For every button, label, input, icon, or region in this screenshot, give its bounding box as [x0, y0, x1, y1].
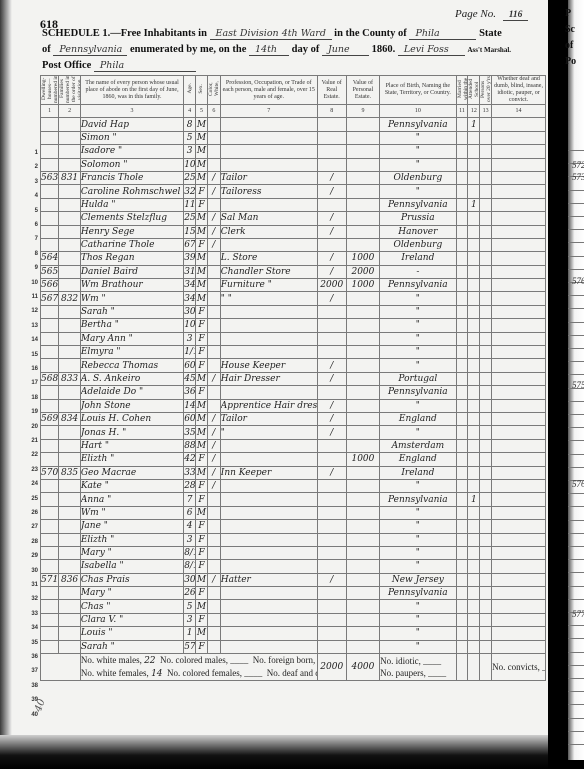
table-row: Isadore "3M" [41, 145, 546, 158]
table-row: Henry Sege15M/Clerk/Hanover [41, 225, 546, 238]
cell-name: Isabella " [80, 560, 183, 573]
adjacent-dwelling-number: 573 [572, 172, 584, 182]
cell-deaf [492, 386, 546, 399]
cell-birth: " [380, 506, 456, 519]
cell-sex: F [196, 346, 208, 359]
cell-dwelling [41, 506, 59, 519]
cell-occupation [220, 520, 317, 533]
cell-birth: " [380, 346, 456, 359]
cell-deaf [492, 118, 546, 131]
cell-school [468, 613, 480, 626]
cell-birth: Pennsylvania [380, 118, 456, 131]
cell-family [59, 560, 81, 573]
col-number-3: 3 [80, 105, 183, 118]
schedule-title: SCHEDULE 1.—Free Inhabitants in [42, 28, 207, 39]
cell-read [480, 372, 492, 385]
cell-personal [346, 332, 379, 345]
cell-sex: M [196, 118, 208, 131]
cell-name: Anna " [80, 493, 183, 506]
cell-family [59, 158, 81, 171]
cell-read [480, 453, 492, 466]
table-row: 565Daniel Baird31MChandler Store/2000- [41, 265, 546, 278]
cell-married [456, 252, 468, 265]
row-number: 20 [28, 424, 38, 430]
cell-deaf [492, 346, 546, 359]
cell-school [468, 466, 480, 479]
row-number: 23 [28, 467, 38, 473]
cell-family [59, 145, 81, 158]
cell-sex: M [196, 426, 208, 439]
cell-name: Francis Thole [80, 171, 183, 184]
cell-color [207, 640, 220, 653]
cell-family: 832 [59, 292, 81, 305]
cell-birth: Prussia [380, 212, 456, 225]
cell-married [456, 640, 468, 653]
cell-married [456, 560, 468, 573]
census-rows: David Hap8MPennsylvania1Simon "5M"Isador… [41, 118, 546, 654]
cell-dwelling: 565 [41, 265, 59, 278]
cell-family [59, 265, 81, 278]
cell-sex: M [196, 212, 208, 225]
cell-age: 8/12 [184, 560, 196, 573]
cell-married [456, 587, 468, 600]
cell-name: Daniel Baird [80, 265, 183, 278]
table-row: John Stone14MApprentice Hair dresser/" [41, 399, 546, 412]
col-header-real-estate: Value of Real Estate. [317, 76, 346, 105]
cell-birth: " [380, 520, 456, 533]
cell-name: Hulda " [80, 198, 183, 211]
cell-personal [346, 493, 379, 506]
cell-sex: F [196, 640, 208, 653]
cell-sex: F [196, 319, 208, 332]
cell-age: 35 [184, 426, 196, 439]
row-number: 30 [28, 568, 38, 574]
cell-school [468, 546, 480, 559]
cell-read [480, 279, 492, 292]
cell-occupation [220, 346, 317, 359]
cell-deaf [492, 520, 546, 533]
cell-age: 30 [184, 305, 196, 318]
cell-name: David Hap [80, 118, 183, 131]
cell-deaf [492, 279, 546, 292]
cell-dwelling [41, 238, 59, 251]
cell-real [317, 613, 346, 626]
col-header-sex: Sex. [196, 76, 208, 105]
cell-real [317, 145, 346, 158]
cell-deaf [492, 399, 546, 412]
cell-family [59, 252, 81, 265]
cell-name: Clara V. " [80, 613, 183, 626]
table-row: 566Wm Brathour34MFurniture "20001000Penn… [41, 279, 546, 292]
cell-married [456, 158, 468, 171]
cell-personal: 1000 [346, 453, 379, 466]
row-number: 25 [28, 496, 38, 502]
cell-birth: Ireland [380, 252, 456, 265]
cell-real [317, 627, 346, 640]
cell-occupation: Hatter [220, 573, 317, 586]
cell-occupation [220, 533, 317, 546]
cell-married [456, 439, 468, 452]
cell-occupation [220, 479, 317, 492]
cell-birth: Pennsylvania [380, 198, 456, 211]
cell-personal [346, 600, 379, 613]
cell-age: 32 [184, 185, 196, 198]
cell-age: 31 [184, 265, 196, 278]
table-row: Isabella "8/12F" [41, 560, 546, 573]
cell-name: Mary " [80, 587, 183, 600]
cell-real: 2000 [317, 279, 346, 292]
cell-dwelling [41, 319, 59, 332]
cell-dwelling [41, 399, 59, 412]
cell-deaf [492, 600, 546, 613]
cell-family [59, 439, 81, 452]
row-number: 38 [28, 683, 38, 689]
cell-read [480, 613, 492, 626]
cell-married [456, 573, 468, 586]
cell-real [317, 346, 346, 359]
cell-occupation: Clerk [220, 225, 317, 238]
cell-personal [346, 359, 379, 372]
cell-married [456, 346, 468, 359]
county-label: in the County of [334, 28, 407, 39]
page-number: Page No. 116 [455, 8, 528, 21]
cell-deaf [492, 158, 546, 171]
cell-family [59, 479, 81, 492]
cell-read [480, 506, 492, 519]
cell-color [207, 600, 220, 613]
cell-occupation [220, 118, 317, 131]
page-bottom-shadow [0, 735, 560, 769]
cell-real: / [317, 426, 346, 439]
table-row: 569834Louis H. Cohen60M/Tailor/England [41, 412, 546, 425]
cell-occupation: Tailor [220, 412, 317, 425]
cell-sex: M [196, 265, 208, 278]
cell-age: 3 [184, 332, 196, 345]
cell-married [456, 265, 468, 278]
state-field: Pennsylvania [53, 44, 127, 56]
cell-age: 10 [184, 319, 196, 332]
cell-dwelling [41, 587, 59, 600]
cell-married [456, 412, 468, 425]
col-number-9: 9 [346, 105, 379, 118]
table-row: Sarah "57F" [41, 640, 546, 653]
cell-school [468, 158, 480, 171]
cell-personal [346, 319, 379, 332]
cell-real: / [317, 399, 346, 412]
cell-family: 834 [59, 412, 81, 425]
cell-real [317, 118, 346, 131]
cell-dwelling [41, 198, 59, 211]
cell-school [468, 600, 480, 613]
cell-dwelling: 567 [41, 292, 59, 305]
table-row: Rebecca Thomas60FHouse Keeper/" [41, 359, 546, 372]
cell-dwelling: 566 [41, 279, 59, 292]
cell-sex: M [196, 412, 208, 425]
cell-age: 3 [184, 145, 196, 158]
cell-married [456, 292, 468, 305]
table-row: Chas "5M" [41, 600, 546, 613]
col-header-name: The name of every person whose usual pla… [80, 76, 183, 105]
cell-real: / [317, 372, 346, 385]
cell-real: / [317, 212, 346, 225]
day-field: 14th [249, 44, 289, 56]
cell-sex: F [196, 238, 208, 251]
cell-personal [346, 546, 379, 559]
cell-real [317, 386, 346, 399]
cell-occupation [220, 506, 317, 519]
enumerated-label: enumerated by me, on the [130, 44, 246, 55]
cell-dwelling: 571 [41, 573, 59, 586]
cell-occupation: Tailoress [220, 185, 317, 198]
cell-name: John Stone [80, 399, 183, 412]
cell-name: Jonas H. " [80, 426, 183, 439]
table-row: Elizth "42F/1000England [41, 453, 546, 466]
cell-age: 39 [184, 252, 196, 265]
cell-occupation: Sal Man [220, 212, 317, 225]
table-row: Adelaide Do "36FPennsylvania [41, 386, 546, 399]
cell-name: Geo Macrae [80, 466, 183, 479]
cell-married [456, 453, 468, 466]
cell-birth: Pennsylvania [380, 493, 456, 506]
cell-personal: 2000 [346, 265, 379, 278]
row-number: 17 [28, 380, 38, 386]
cell-married [456, 426, 468, 439]
cell-color [207, 252, 220, 265]
row-number: 22 [28, 452, 38, 458]
cell-family [59, 399, 81, 412]
cell-color [207, 292, 220, 305]
cell-occupation: Apprentice Hair dresser [220, 399, 317, 412]
cell-read [480, 332, 492, 345]
cell-deaf [492, 212, 546, 225]
cell-deaf [492, 292, 546, 305]
cell-school: 1 [468, 493, 480, 506]
cell-age: 25 [184, 212, 196, 225]
cell-school [468, 386, 480, 399]
cell-age: 33 [184, 466, 196, 479]
table-row: Solomon "10/12M" [41, 158, 546, 171]
cell-read [480, 439, 492, 452]
cell-color: / [207, 439, 220, 452]
cell-color [207, 546, 220, 559]
cell-name: Mary " [80, 546, 183, 559]
cell-school [468, 319, 480, 332]
cell-school [468, 520, 480, 533]
cell-dwelling [41, 131, 59, 144]
census-table: Dwelling-houses—numbered in the order of… [40, 75, 546, 681]
year: 1860. [372, 44, 396, 55]
cell-married [456, 613, 468, 626]
cell-color [207, 332, 220, 345]
cell-name: Adelaide Do " [80, 386, 183, 399]
cell-married [456, 198, 468, 211]
cell-deaf [492, 171, 546, 184]
cell-married [456, 386, 468, 399]
cell-color [207, 118, 220, 131]
row-number: 16 [28, 366, 38, 372]
table-row: Wm "6M" [41, 506, 546, 519]
table-row: Kate "28F/" [41, 479, 546, 492]
table-row: Mary Ann "3F" [41, 332, 546, 345]
cell-age: 4 [184, 520, 196, 533]
cell-dwelling [41, 560, 59, 573]
cell-real: / [317, 359, 346, 372]
post-office-field: Phila [94, 60, 196, 72]
cell-read [480, 426, 492, 439]
cell-married [456, 627, 468, 640]
cell-color [207, 305, 220, 318]
cell-personal [346, 131, 379, 144]
cell-sex: F [196, 546, 208, 559]
cell-birth: " [380, 292, 456, 305]
cell-occupation [220, 386, 317, 399]
cell-color [207, 279, 220, 292]
cell-real [317, 493, 346, 506]
row-number: 4 [28, 193, 38, 199]
table-row: 568833A. S. Ankeiro45M/Hair Dresser/Port… [41, 372, 546, 385]
cell-school [468, 359, 480, 372]
col-header-dwelling: Dwelling-houses—numbered in the order of… [41, 76, 59, 105]
cell-deaf [492, 319, 546, 332]
cell-dwelling [41, 145, 59, 158]
cell-deaf [492, 493, 546, 506]
cell-age: 11 [184, 198, 196, 211]
adjacent-dwelling-number: 575 [572, 380, 584, 390]
cell-married [456, 506, 468, 519]
cell-birth: " [380, 399, 456, 412]
cell-personal [346, 506, 379, 519]
cell-name: Chas Prais [80, 573, 183, 586]
cell-name: Jane " [80, 520, 183, 533]
cell-dwelling [41, 453, 59, 466]
summary-blank-11 [456, 654, 468, 681]
cell-personal [346, 198, 379, 211]
cell-school [468, 573, 480, 586]
cell-birth: Oldenburg [380, 171, 456, 184]
table-row: Mary "26FPennsylvania [41, 587, 546, 600]
col-header-deaf-blind: Whether deaf and dumb, blind, insane, id… [492, 76, 546, 105]
cell-read [480, 640, 492, 653]
cell-sex: F [196, 453, 208, 466]
cell-age: 26 [184, 587, 196, 600]
cell-deaf [492, 145, 546, 158]
cell-occupation: House Keeper [220, 359, 317, 372]
row-number: 7 [28, 236, 38, 242]
division-field: East Division 4th Ward [210, 28, 332, 40]
cell-age: 60 [184, 412, 196, 425]
cell-sex: M [196, 600, 208, 613]
cell-married [456, 305, 468, 318]
cell-personal: 1000 [346, 252, 379, 265]
cell-birth: Pennsylvania [380, 386, 456, 399]
cell-sex: M [196, 131, 208, 144]
col-number-12: 12 [468, 105, 480, 118]
cell-married [456, 520, 468, 533]
row-number: 28 [28, 539, 38, 545]
cell-dwelling [41, 627, 59, 640]
cell-family [59, 453, 81, 466]
row-number: 19 [28, 409, 38, 415]
cell-occupation [220, 158, 317, 171]
cell-dwelling [41, 212, 59, 225]
adjacent-header-fragment: P [565, 8, 571, 19]
cell-dwelling: 563 [41, 171, 59, 184]
cell-color [207, 533, 220, 546]
cell-age: 42 [184, 453, 196, 466]
cell-family [59, 185, 81, 198]
table-row: Simon "5M" [41, 131, 546, 144]
cell-occupation [220, 600, 317, 613]
cell-real: / [317, 171, 346, 184]
cell-age: 8/12 [184, 546, 196, 559]
cell-name: Sarah " [80, 640, 183, 653]
cell-personal [346, 587, 379, 600]
table-row: Catharine Thole67F/Oldenburg [41, 238, 546, 251]
cell-deaf [492, 426, 546, 439]
cell-read [480, 171, 492, 184]
cell-deaf [492, 252, 546, 265]
cell-family [59, 426, 81, 439]
cell-real [317, 439, 346, 452]
cell-birth: Pennsylvania [380, 279, 456, 292]
cell-family [59, 225, 81, 238]
cell-school [468, 252, 480, 265]
cell-age: 34 [184, 292, 196, 305]
cell-dwelling [41, 158, 59, 171]
row-number: 8 [28, 251, 38, 257]
cell-deaf [492, 587, 546, 600]
cell-school [468, 627, 480, 640]
cell-read [480, 252, 492, 265]
adjacent-header-fragment: Sc [565, 24, 575, 35]
col-header-birthplace: Place of Birth, Naming the State, Territ… [380, 76, 456, 105]
cell-read [480, 118, 492, 131]
table-row: Jonas H. "35M/"/" [41, 426, 546, 439]
marshal-field: Levi Foss [398, 44, 465, 56]
col-number-13: 13 [480, 105, 492, 118]
cell-occupation [220, 238, 317, 251]
cell-family [59, 279, 81, 292]
summary-counts: No. white males, 22 No. colored males, _… [80, 654, 317, 681]
cell-name: A. S. Ankeiro [80, 372, 183, 385]
cell-read [480, 533, 492, 546]
cell-real [317, 158, 346, 171]
cell-name: Wm " [80, 506, 183, 519]
cell-family [59, 319, 81, 332]
cell-read [480, 359, 492, 372]
cell-age: 3 [184, 613, 196, 626]
cell-personal [346, 158, 379, 171]
cell-deaf [492, 573, 546, 586]
cell-school [468, 560, 480, 573]
cell-deaf [492, 533, 546, 546]
cell-birth: - [380, 265, 456, 278]
table-row: Caroline Rohmschwel32F/Tailoress/" [41, 185, 546, 198]
cell-birth: " [380, 627, 456, 640]
cell-family: 836 [59, 573, 81, 586]
cell-name: Chas " [80, 600, 183, 613]
cell-sex: F [196, 560, 208, 573]
cell-family [59, 359, 81, 372]
cell-sex: F [196, 386, 208, 399]
row-number: 14 [28, 337, 38, 343]
cell-deaf [492, 546, 546, 559]
cell-sex: M [196, 466, 208, 479]
cell-dwelling [41, 386, 59, 399]
cell-real [317, 640, 346, 653]
cell-school [468, 212, 480, 225]
cell-deaf [492, 453, 546, 466]
